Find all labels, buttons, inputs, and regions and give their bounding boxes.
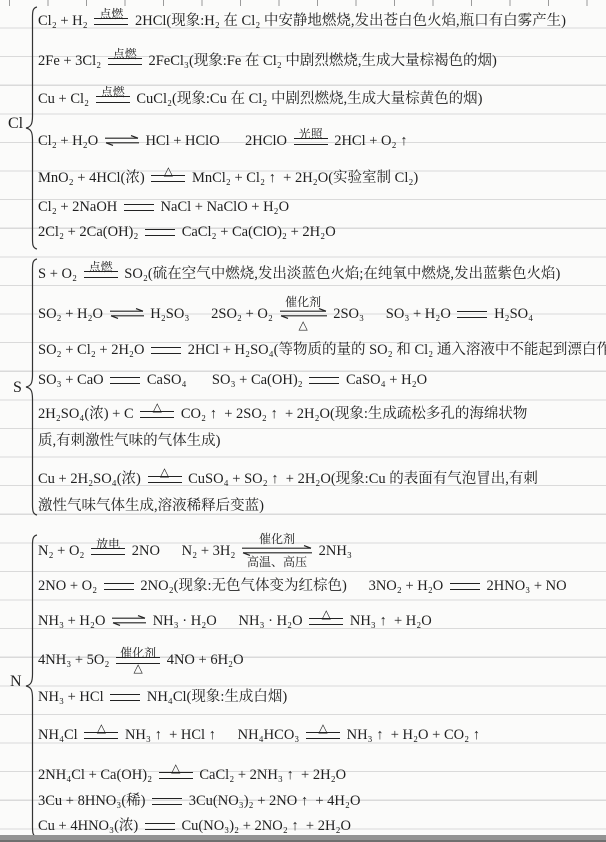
equals-double-bar (145, 229, 175, 236)
equals-double-bar: △ (84, 732, 118, 739)
equilibrium-arrow (105, 135, 139, 146)
text-run: NH₄Cl (38, 727, 81, 743)
condition-label: 点燃 (99, 8, 123, 20)
section-brace (24, 534, 38, 842)
equals-double-bar (145, 823, 175, 830)
condition-label: 催化剂 (259, 533, 295, 545)
equals-double-bar (152, 798, 182, 805)
text-run: N₂ + O₂ (38, 543, 88, 559)
text-run: NH₃ ↑ + H₂O + CO₂ ↑ (343, 727, 480, 743)
text-run: SO₂ + H₂O (38, 306, 107, 322)
equation-line: Cl₂ + H₂O HCl + HClO 2HClO 光照 2HCl + O₂ … (38, 131, 407, 151)
text-run: 2NH₄Cl + Ca(OH)₂ (38, 767, 156, 783)
equation-line: NH₃ + H₂O NH₃ · H₂O NH₃ · H₂O △ NH₃ ↑ + … (38, 611, 432, 631)
table-column-ticks (0, 0, 606, 6)
condition-label: 高温、高压 (247, 556, 307, 568)
equals-double-bar: △ (306, 732, 340, 739)
condition-label: △ (298, 319, 307, 331)
text-run: MnCl₂ + Cl₂ ↑ + 2H₂O(实验室制 Cl₂) (188, 170, 418, 186)
text-run: MnO₂ + 4HCl(浓) (38, 170, 148, 186)
equals-double-bar (457, 311, 487, 318)
equals-double-bar: 光照 (294, 138, 328, 145)
equals-double-bar (151, 347, 181, 354)
text-run: NH₃ ↑ + HCl ↑ NH₄HCO₃ (121, 727, 303, 743)
equals-double-bar: 催化剂△ (116, 657, 160, 664)
condition-label: 催化剂 (120, 647, 156, 659)
equation-line: 2NH₄Cl + Ca(OH)₂ △ CaCl₂ + 2NH₃ ↑ + 2H₂O (38, 765, 346, 785)
text-run: NH₃ · H₂O NH₃ · H₂O (149, 613, 306, 629)
text-run: NH₃ + HCl (38, 689, 107, 705)
equation-line: Cl₂ + 2NaOH NaCl + NaClO + H₂O (38, 197, 289, 217)
condition-label: △ (153, 401, 162, 413)
equals-double-bar (104, 583, 134, 590)
text-run: CaCl₂ + Ca(ClO)₂ + 2H₂O (178, 224, 336, 240)
equation-line: 激性气味气体生成,溶液稀释后变蓝) (38, 496, 264, 516)
text-run: Cl₂ + H₂O (38, 133, 102, 149)
equals-double-bar: 放电 (91, 548, 125, 555)
equation-line: 3Cu + 8HNO₃(稀) 3Cu(NO₃)₂ + 2NO ↑ + 4H₂O (38, 791, 360, 811)
document-page: ClCl₂ + H₂ 点燃 2HCl(现象:H₂ 在 Cl₂ 中安静地燃烧,发出… (0, 0, 606, 842)
equation-line: NH₄Cl △ NH₃ ↑ + HCl ↑ NH₄HCO₃ △ NH₃ ↑ + … (38, 725, 480, 745)
section-label: S (13, 379, 22, 397)
text-run: 质,有刺激性气味的气体生成) (38, 433, 220, 449)
section-brace (24, 258, 38, 521)
equation-line: 4NH₃ + 5O₂ 催化剂△ 4NO + 6H₂O (38, 650, 244, 670)
text-run: 4NH₃ + 5O₂ (38, 652, 113, 668)
text-run: NH₄Cl(现象:生成白烟) (143, 689, 287, 705)
equation-line: 2H₂SO₄(浓) + C △ CO₂ ↑ + 2SO₂ ↑ + 2H₂O(现象… (38, 404, 527, 424)
equals-double-bar: 点燃 (84, 271, 118, 278)
equation-line: SO₂ + H₂O H₂SO₃ 2SO₂ + O₂ 催化剂△ 2SO₃ SO₃ … (38, 304, 533, 324)
equation-line: 质,有刺激性气味的气体生成) (38, 431, 220, 451)
equals-double-bar: △ (151, 175, 185, 182)
text-run: Cl₂ + 2NaOH (38, 199, 121, 215)
condition-label: △ (164, 165, 173, 177)
text-run: 2NO N₂ + 3H₂ (128, 543, 239, 559)
condition-label: 光照 (299, 128, 323, 140)
equation-line: NH₃ + HCl NH₄Cl(现象:生成白烟) (38, 687, 287, 707)
text-run: 3Cu(NO₃)₂ + 2NO ↑ + 4H₂O (185, 793, 360, 809)
text-run: SO₂ + Cl₂ + 2H₂O (38, 342, 148, 358)
text-run: Cu + 2H₂SO₄(浓) (38, 471, 145, 487)
text-run: CuSO₄ + SO₂ ↑ + 2H₂O(现象:Cu 的表面有气泡冒出,有刺 (185, 471, 538, 487)
text-run: S + O₂ (38, 266, 81, 282)
table-bottom-border (0, 835, 606, 842)
text-run: Cu + 4HNO₃(浓) (38, 818, 142, 834)
equation-line: SO₂ + Cl₂ + 2H₂O 2HCl + H₂SO₄(等物质的量的 SO₂… (38, 340, 606, 360)
equation-line: S + O₂ 点燃 SO₂(硫在空气中燃烧,发出淡蓝色火焰;在纯氧中燃烧,发出蓝… (38, 264, 560, 284)
text-run: 2HCl + O₂ ↑ (331, 133, 408, 149)
text-run: Cu(NO₃)₂ + 2NO₂ ↑ + 2H₂O (178, 818, 351, 834)
equals-double-bar: 点燃 (94, 18, 128, 25)
equals-double-bar: △ (140, 411, 174, 418)
text-run: HCl + HClO 2HClO (142, 133, 291, 149)
equilibrium-arrow (110, 308, 144, 319)
equation-line: Cu + Cl₂ 点燃 CuCl₂(现象:Cu 在 Cl₂ 中剧烈燃烧,生成大量… (38, 89, 482, 109)
equals-double-bar: △ (148, 476, 182, 483)
text-run: NH₃ + H₂O (38, 613, 109, 629)
condition-label: △ (318, 722, 327, 734)
equation-line: SO₃ + CaO CaSO₄ SO₃ + Ca(OH)₂ CaSO₄ + H₂… (38, 370, 427, 390)
text-run: CaSO₄ + H₂O (342, 372, 427, 388)
text-run: 激性气味气体生成,溶液稀释后变蓝) (38, 498, 264, 514)
equals-double-bar (110, 694, 140, 701)
equation-line: 2NO + O₂ 2NO₂(现象:无色气体变为红棕色) 3NO₂ + H₂O 2… (38, 576, 567, 596)
equilibrium-arrow (112, 615, 146, 626)
condition-label: △ (97, 722, 106, 734)
equation-line: Cu + 4HNO₃(浓) Cu(NO₃)₂ + 2NO₂ ↑ + 2H₂O (38, 816, 351, 836)
condition-label: 点燃 (113, 48, 137, 60)
text-run: 2Cl₂ + 2Ca(OH)₂ (38, 224, 142, 240)
text-run: NaCl + NaClO + H₂O (157, 199, 289, 215)
condition-label: 点燃 (89, 261, 113, 273)
equation-line: 2Cl₂ + 2Ca(OH)₂ CaCl₂ + Ca(ClO)₂ + 2H₂O (38, 222, 336, 242)
text-run: 2HCl(现象:H₂ 在 Cl₂ 中安静地燃烧,发出苍白色火焰,瓶口有白雾产生) (131, 13, 566, 29)
section-brace (24, 6, 38, 255)
equation-line: Cl₂ + H₂ 点燃 2HCl(现象:H₂ 在 Cl₂ 中安静地燃烧,发出苍白… (38, 11, 566, 31)
section-label: Cl (8, 115, 23, 133)
text-run: SO₂(硫在空气中燃烧,发出淡蓝色火焰;在纯氧中燃烧,发出蓝紫色火焰) (121, 266, 561, 282)
text-run: SO₃ + CaO (38, 372, 107, 388)
text-run: 2NH₃ (315, 543, 352, 559)
equation-line: 2Fe + 3Cl₂ 点燃 2FeCl₃(现象:Fe 在 Cl₂ 中剧烈燃烧,生… (38, 51, 497, 71)
text-run: Cl₂ + H₂ (38, 13, 91, 29)
text-run: 2H₂SO₄(浓) + C (38, 406, 137, 422)
equals-double-bar: 点燃 (108, 58, 142, 65)
text-run: CO₂ ↑ + 2SO₂ ↑ + 2H₂O(现象:生成疏松多孔的海绵状物 (177, 406, 527, 422)
condition-label: △ (322, 608, 331, 620)
condition-label: 放电 (96, 538, 120, 550)
equals-double-bar: 点燃 (96, 96, 130, 103)
text-run: 3Cu + 8HNO₃(稀) (38, 793, 149, 809)
text-run: 2Fe + 3Cl₂ (38, 53, 105, 69)
equals-double-bar (110, 377, 140, 384)
text-run: 2SO₃ SO₃ + H₂O (330, 306, 455, 322)
equals-double-bar (124, 204, 154, 211)
text-run: H₂SO₄ (490, 306, 533, 322)
text-run: 2HNO₃ + NO (483, 578, 567, 594)
text-run: Cu + Cl₂ (38, 91, 93, 107)
condition-label: △ (171, 762, 180, 774)
text-run: CuCl₂(现象:Cu 在 Cl₂ 中剧烈燃烧,生成大量棕黄色的烟) (133, 91, 483, 107)
text-run: 4NO + 6H₂O (163, 652, 244, 668)
text-run: H₂SO₃ 2SO₂ + O₂ (147, 306, 277, 322)
equilibrium-arrow: 催化剂高温、高压 (242, 545, 312, 556)
text-run: CaCl₂ + 2NH₃ ↑ + 2H₂O (196, 767, 346, 783)
equation-line: Cu + 2H₂SO₄(浓) △ CuSO₄ + SO₂ ↑ + 2H₂O(现象… (38, 469, 538, 489)
condition-label: △ (133, 662, 142, 674)
text-run: 2HCl + H₂SO₄(等物质的量的 SO₂ 和 Cl₂ 通入溶液中不能起到漂… (184, 342, 606, 358)
equation-line: N₂ + O₂ 放电 2NO N₂ + 3H₂ 催化剂高温、高压 2NH₃ (38, 541, 352, 561)
equals-double-bar: △ (309, 618, 343, 625)
text-run: 2NO + O₂ (38, 578, 101, 594)
section-label: N (10, 673, 22, 691)
equals-double-bar (309, 377, 339, 384)
condition-label: 点燃 (101, 86, 125, 98)
equals-double-bar (450, 583, 480, 590)
equation-line: MnO₂ + 4HCl(浓) △ MnCl₂ + Cl₂ ↑ + 2H₂O(实验… (38, 168, 418, 188)
text-run: NH₃ ↑ + H₂O (346, 613, 432, 629)
text-run: 2FeCl₃(现象:Fe 在 Cl₂ 中剧烈燃烧,生成大量棕褐色的烟) (145, 53, 497, 69)
equals-double-bar: △ (159, 772, 193, 779)
condition-label: 催化剂 (285, 296, 321, 308)
condition-label: △ (160, 466, 169, 478)
equilibrium-arrow: 催化剂△ (280, 308, 327, 319)
text-run: 2NO₂(现象:无色气体变为红棕色) 3NO₂ + H₂O (137, 578, 447, 594)
text-run: CaSO₄ SO₃ + Ca(OH)₂ (143, 372, 306, 388)
